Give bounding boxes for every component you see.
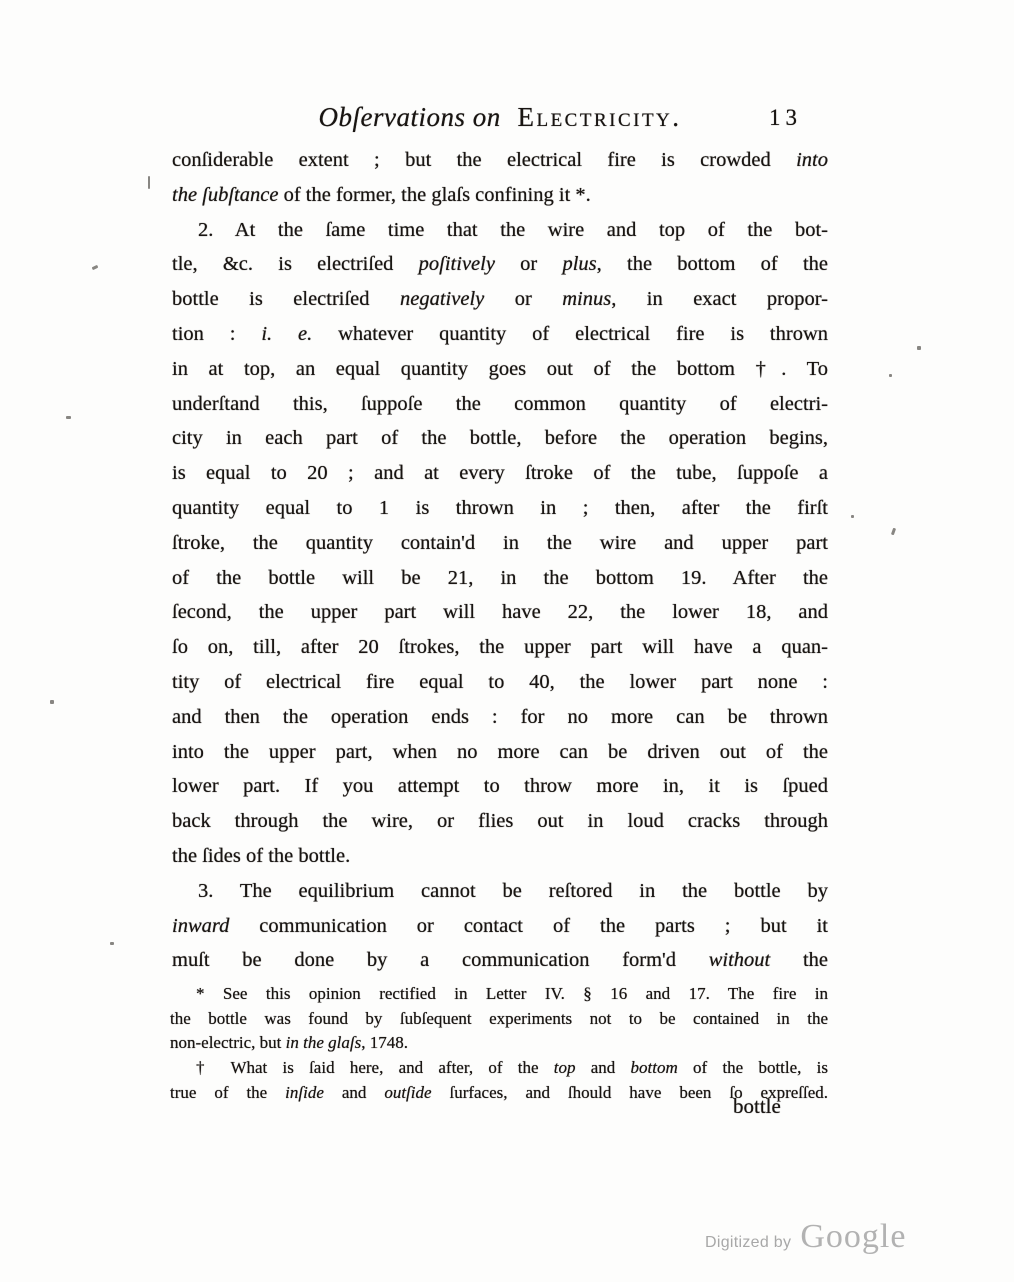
roman-text: communication or contact of the parts ; … [229,915,828,937]
italic-text: minus [562,288,611,310]
text-line: underſtand this, ſuppoſe the common quan… [172,387,828,422]
roman-text: whatever quantity of electrical fire is … [312,323,828,345]
roman-text: tion : [172,323,261,345]
roman-text: the [770,949,828,971]
scan-artifact [148,176,150,189]
running-title: Obſervations on Electricity. [172,102,828,133]
roman-text: city in each part of the bottle, before … [172,427,828,449]
text-line: the ſides of the bottle. [172,839,828,874]
roman-text: of the bottle will be 21, in the bottom … [172,567,828,589]
italic-text: plus [562,253,596,275]
text-line: tion : i. e. whatever quantity of electr… [172,317,828,352]
roman-text: conſiderable extent ; but the electrical… [172,149,796,171]
italic-text: bottom [631,1058,678,1077]
roman-text: in at top, an equal quantity goes out of… [172,358,828,380]
text-line: into the upper part, when no more can be… [172,735,828,770]
footnotes: * See this opinion rectified in Letter I… [170,982,828,1106]
roman-text: is equal to 20 ; and at every ſtroke of … [172,462,828,484]
italic-text: without [709,949,771,971]
scan-artifact [50,700,54,704]
book-page-scan: Obſervations on Electricity. 13 conſider… [0,0,1014,1282]
roman-text: tity of electrical fire equal to 40, the… [172,671,828,693]
text-line: * See this opinion rectified in Letter I… [170,982,828,1007]
italic-text: top [554,1058,576,1077]
roman-text: , in exact propor- [611,288,828,310]
text-line: conſiderable extent ; but the electrical… [172,143,828,178]
scan-artifact [891,528,896,536]
text-line: ſo on, till, after 20 ſtrokes, the upper… [172,630,828,665]
body-text: conſiderable extent ; but the electrical… [172,143,828,978]
text-line: the ſubſtance of the former, the glaſs c… [172,178,828,213]
roman-text: ſtroke, the quantity contain'd in the wi… [172,532,828,554]
running-title-smallcaps: Electricity. [517,102,681,132]
italic-text: inſide [285,1083,324,1102]
roman-text: true of the [170,1083,285,1102]
roman-text: or [495,253,563,275]
roman-text: the bottle was found by ſubſequent exper… [170,1009,828,1028]
roman-text: 3. The equilibrium cannot be reſtored in… [198,880,828,902]
roman-text: non-electric, but [170,1033,286,1052]
roman-text: 2. At the ſame time that the wire and to… [198,219,828,241]
roman-text: of the former, the glaſs confining it *. [278,184,590,206]
italic-text: poſitively [419,253,495,275]
roman-text: , 1748. [361,1033,408,1052]
roman-text: of the bottle, is [678,1058,828,1077]
text-line: quantity equal to 1 is thrown in ; then,… [172,491,828,526]
roman-text: lower part. If you attempt to throw more… [172,775,828,797]
text-line: back through the wire, or flies out in l… [172,804,828,839]
text-line: ſecond, the upper part will have 22, the… [172,595,828,630]
roman-text: bottle is electriſed [172,288,400,310]
italic-text: the ſubſtance [172,184,278,206]
google-logo: Google [800,1218,906,1256]
text-line: inward communication or contact of the p… [172,909,828,944]
scan-artifact [110,942,114,945]
roman-text: tle, &c. is electriſed [172,253,419,275]
digitized-by-label: Digitized by [705,1234,791,1252]
italic-text: negatively [400,288,484,310]
scan-artifact [917,346,921,350]
catchword: bottle [733,1094,781,1119]
italic-text: in the glaſs [286,1033,362,1052]
running-title-italic: Obſervations on [318,102,500,132]
text-line: 2. At the ſame time that the wire and to… [172,213,828,248]
roman-text: muſt be done by a communication form'd [172,949,709,971]
text-line: city in each part of the bottle, before … [172,421,828,456]
roman-text: and then the operation ends : for no mor… [172,706,828,728]
roman-text: , the bottom of the [597,253,828,275]
roman-text: and [324,1083,384,1102]
page-header: Obſervations on Electricity. 13 [172,102,828,142]
roman-text: * See this opinion rectified in Letter I… [196,984,828,1003]
roman-text: quantity equal to 1 is thrown in ; then,… [172,497,828,519]
scan-artifact [889,374,892,377]
scan-artifact [851,515,854,518]
text-line: 3. The equilibrium cannot be reſtored in… [172,874,828,909]
text-line: bottle is electriſed negatively or minus… [172,282,828,317]
roman-text: and [576,1058,631,1077]
text-line: † What is ſaid here, and after, of the t… [170,1056,828,1081]
italic-text: i. e. [261,323,312,345]
text-line: true of the inſide and outſide ſurfaces,… [170,1081,828,1106]
text-line: and then the operation ends : for no mor… [172,700,828,735]
text-line: of the bottle will be 21, in the bottom … [172,561,828,596]
scan-artifact [92,265,99,270]
scan-artifact [66,416,71,419]
text-line: lower part. If you attempt to throw more… [172,769,828,804]
text-line: in at top, an equal quantity goes out of… [172,352,828,387]
text-line: muſt be done by a communication form'd w… [172,943,828,978]
text-line: the bottle was found by ſubſequent exper… [170,1007,828,1032]
roman-text: underſtand this, ſuppoſe the common quan… [172,393,828,415]
page-number: 13 [769,105,802,131]
roman-text: or [484,288,562,310]
text-line: ſtroke, the quantity contain'd in the wi… [172,526,828,561]
italic-text: inward [172,915,229,937]
text-line: is equal to 20 ; and at every ſtroke of … [172,456,828,491]
roman-text: † What is ſaid here, and after, of the [196,1058,554,1077]
roman-text: ſecond, the upper part will have 22, the… [172,601,828,623]
text-line: non-electric, but in the glaſs, 1748. [170,1031,828,1056]
roman-text: back through the wire, or flies out in l… [172,810,828,832]
italic-text: outſide [384,1083,431,1102]
roman-text: ſo on, till, after 20 ſtrokes, the upper… [172,636,828,658]
watermark: Digitized by Google [705,1218,906,1256]
text-line: tle, &c. is electriſed poſitively or plu… [172,247,828,282]
roman-text: the ſides of the bottle. [172,845,350,867]
roman-text: into the upper part, when no more can be… [172,741,828,763]
italic-text: into [796,149,828,171]
text-line: tity of electrical fire equal to 40, the… [172,665,828,700]
